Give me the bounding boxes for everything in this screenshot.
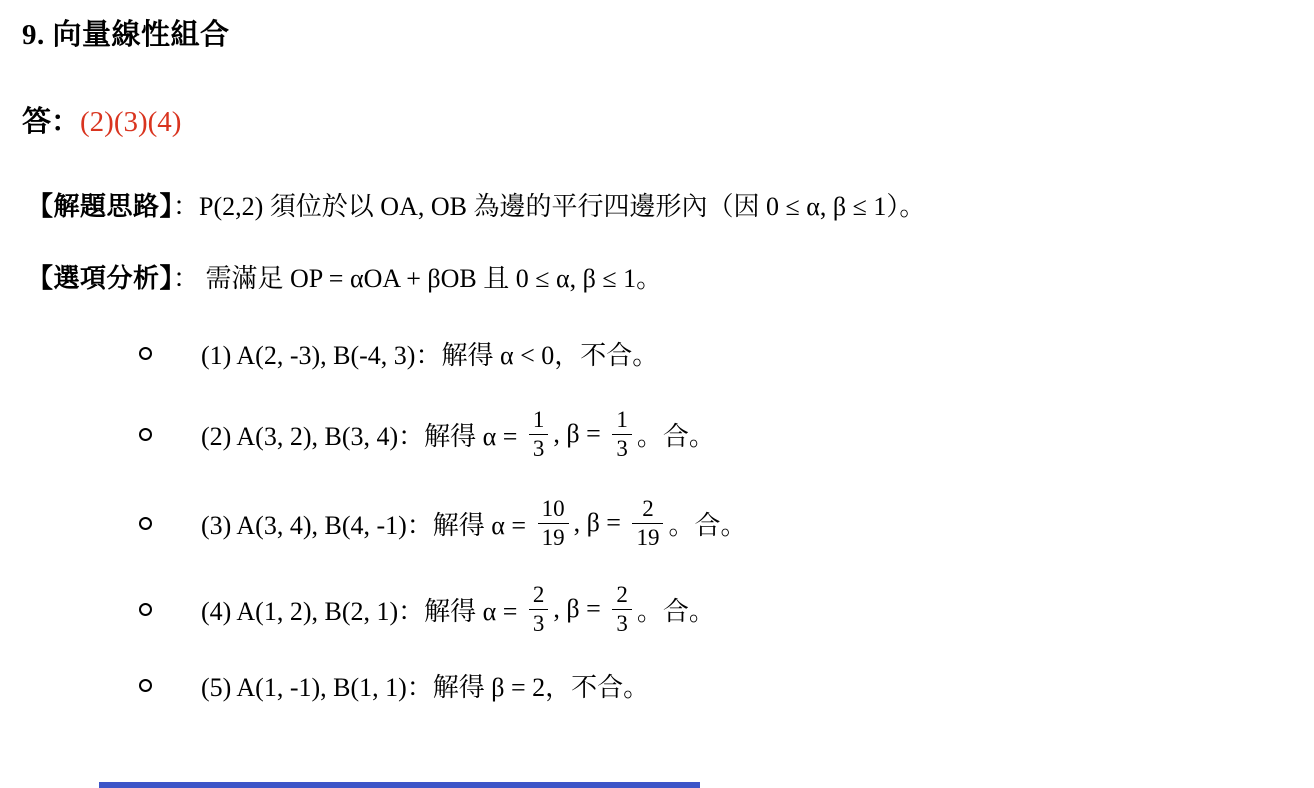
- option-text-segment: (3) A(3, 4), B(4, -1)：解得 α =: [201, 505, 533, 542]
- option-analysis-text: ： 需滿足 OP = αOA + βOB 且 0 ≤ α, β ≤ 1。: [173, 264, 662, 293]
- bullet-circle-icon: [139, 603, 152, 616]
- option-text: (4) A(1, 2), B(2, 1)：解得 α = 23, β = 23。合…: [201, 581, 715, 636]
- fraction: 13: [529, 406, 549, 461]
- fraction: 13: [612, 406, 632, 461]
- bullet-circle-icon: [139, 347, 152, 360]
- option-text-segment: 。合。: [637, 416, 715, 453]
- option-text-segment: , β =: [574, 508, 628, 538]
- option-text: (1) A(2, -3), B(-4, 3)：解得 α < 0，不合。: [201, 335, 658, 372]
- option-text-segment: 。合。: [637, 591, 715, 628]
- option-text: (3) A(3, 4), B(4, -1)：解得 α = 1019, β = 2…: [201, 495, 747, 550]
- option-item: (3) A(3, 4), B(4, -1)：解得 α = 1019, β = 2…: [139, 489, 747, 557]
- option-item: (2) A(3, 2), B(3, 4)：解得 α = 13, β = 13。合…: [139, 400, 715, 468]
- fraction: 1019: [538, 495, 569, 550]
- answer-value: (2)(3)(4): [80, 106, 181, 138]
- option-text-segment: (1) A(2, -3), B(-4, 3)：解得 α < 0，不合。: [201, 335, 658, 372]
- option-analysis-label: 【選項分析】: [27, 264, 173, 293]
- fraction-denominator: 3: [529, 609, 549, 637]
- answer-label: 答：: [22, 106, 80, 138]
- option-item: (4) A(1, 2), B(2, 1)：解得 α = 23, β = 23。合…: [139, 575, 715, 643]
- fraction-denominator: 3: [612, 434, 632, 462]
- fraction-numerator: 10: [538, 495, 569, 522]
- option-text: (5) A(1, -1), B(1, 1)：解得 β = 2，不合。: [201, 667, 649, 704]
- bullet-circle-icon: [139, 679, 152, 692]
- option-text-segment: (2) A(3, 2), B(3, 4)：解得 α =: [201, 416, 524, 453]
- option-analysis-paragraph: 【選項分析】： 需滿足 OP = αOA + βOB 且 0 ≤ α, β ≤ …: [27, 258, 662, 295]
- fraction: 219: [632, 495, 663, 550]
- fraction-numerator: 2: [638, 495, 658, 522]
- bullet-circle-icon: [139, 517, 152, 530]
- fraction: 23: [529, 581, 549, 636]
- bottom-progress-bar: [99, 782, 700, 788]
- fraction: 23: [612, 581, 632, 636]
- option-text-segment: , β =: [553, 419, 607, 449]
- option-text-segment: (4) A(1, 2), B(2, 1)：解得 α =: [201, 591, 524, 628]
- fraction-denominator: 3: [529, 434, 549, 462]
- page-title: 9. 向量線性組合: [22, 12, 230, 53]
- solution-idea-paragraph: 【解題思路】：P(2,2) 須位於以 OA, OB 為邊的平行四邊形內（因 0 …: [27, 186, 925, 223]
- fraction-denominator: 19: [632, 523, 663, 551]
- option-text-segment: (5) A(1, -1), B(1, 1)：解得 β = 2，不合。: [201, 667, 649, 704]
- option-text-segment: 。合。: [668, 505, 746, 542]
- solution-idea-label: 【解題思路】: [27, 192, 173, 221]
- fraction-numerator: 1: [529, 406, 549, 433]
- fraction-numerator: 1: [612, 406, 632, 433]
- solution-idea-text: ：P(2,2) 須位於以 OA, OB 為邊的平行四邊形內（因 0 ≤ α, β…: [173, 192, 925, 221]
- option-text-segment: , β =: [553, 594, 607, 624]
- bullet-circle-icon: [139, 428, 152, 441]
- option-text: (2) A(3, 2), B(3, 4)：解得 α = 13, β = 13。合…: [201, 406, 715, 461]
- fraction-numerator: 2: [529, 581, 549, 608]
- option-item: (5) A(1, -1), B(1, 1)：解得 β = 2，不合。: [139, 665, 649, 705]
- fraction-numerator: 2: [612, 581, 632, 608]
- option-item: (1) A(2, -3), B(-4, 3)：解得 α < 0，不合。: [139, 333, 658, 373]
- fraction-denominator: 19: [538, 523, 569, 551]
- fraction-denominator: 3: [612, 609, 632, 637]
- answer-line: 答：(2)(3)(4): [22, 99, 181, 140]
